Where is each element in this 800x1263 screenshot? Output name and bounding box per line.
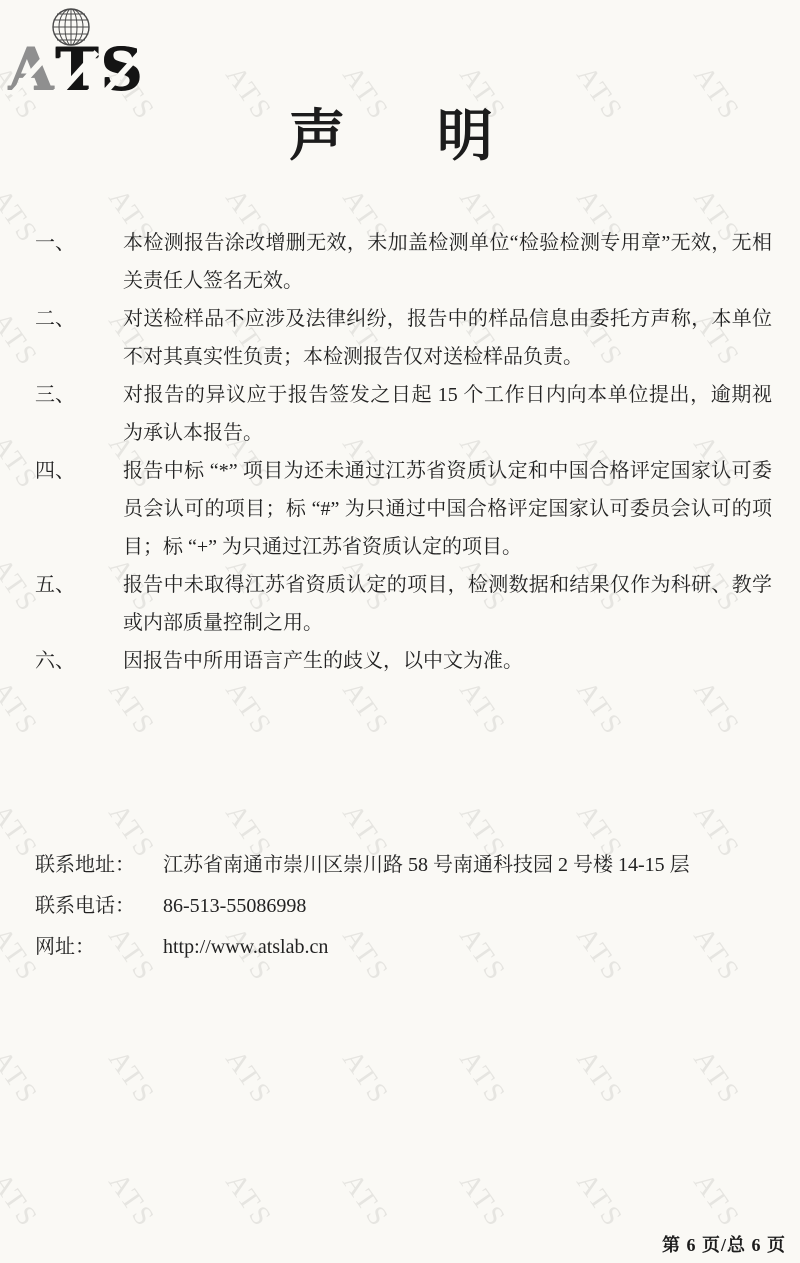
statement-item-4: 四、 报告中标 “*” 项目为还未通过江苏省资质认定和中国合格评定国家认可委员会… (35, 452, 772, 566)
contact-phone-row: 联系电话： 86-513-55086998 (35, 886, 755, 927)
statement-text: 报告中标 “*” 项目为还未通过江苏省资质认定和中国合格评定国家认可委员会认可的… (123, 452, 772, 566)
contact-phone-label: 联系电话： (35, 886, 163, 927)
contact-address-row: 联系地址： 江苏省南通市崇川区崇川路 58 号南通科技园 2 号楼 14-15 … (35, 845, 755, 886)
logo-letter-a: A (8, 40, 55, 98)
statement-item-2: 二、 对送检样品不应涉及法律纠纷，报告中的样品信息由委托方声称，本单位不对其真实… (35, 300, 772, 376)
statement-number: 二、 (35, 300, 123, 376)
statement-item-5: 五、 报告中未取得江苏省资质认定的项目，检测数据和结果仅作为科研、教学或内部质量… (35, 566, 772, 642)
logo-letter-t: T (55, 40, 100, 98)
statement-number: 三、 (35, 376, 123, 452)
contact-address-value: 江苏省南通市崇川区崇川路 58 号南通科技园 2 号楼 14-15 层 (163, 845, 755, 886)
contact-block: 联系地址： 江苏省南通市崇川区崇川路 58 号南通科技园 2 号楼 14-15 … (35, 845, 755, 968)
logo-text: ATS (8, 40, 144, 98)
statement-item-1: 一、 本检测报告涂改增删无效，未加盖检测单位“检验检测专用章”无效，无相关责任人… (35, 224, 772, 300)
ats-logo: ATS (8, 4, 158, 99)
statement-item-6: 六、 因报告中所用语言产生的歧义，以中文为准。 (35, 642, 772, 680)
contact-website-value: http://www.atslab.cn (163, 927, 755, 968)
contact-website-row: 网址： http://www.atslab.cn (35, 927, 755, 968)
statement-item-3: 三、 对报告的异议应于报告签发之日起 15 个工作日内向本单位提出，逾期视为承认… (35, 376, 772, 452)
document-content: ATS 声 明 一、 本检测报告涂改增删无效，未加盖检测单位“检验检测专用章”无… (0, 0, 800, 1263)
page-title: 声 明 (0, 92, 800, 172)
scanned-document-page: ATSATSATSATSATSATSATSATSATSATSATSATSATSA… (0, 0, 800, 1263)
statement-text: 本检测报告涂改增删无效，未加盖检测单位“检验检测专用章”无效，无相关责任人签名无… (123, 224, 772, 300)
page-number: 第 6 页/总 6 页 (662, 1231, 786, 1257)
statement-number: 六、 (35, 642, 123, 680)
statement-text: 因报告中所用语言产生的歧义，以中文为准。 (123, 642, 772, 680)
statement-text: 对报告的异议应于报告签发之日起 15 个工作日内向本单位提出，逾期视为承认本报告… (123, 376, 772, 452)
statement-number: 五、 (35, 566, 123, 642)
statement-number: 一、 (35, 224, 123, 300)
contact-website-label: 网址： (35, 927, 163, 968)
statement-text: 报告中未取得江苏省资质认定的项目，检测数据和结果仅作为科研、教学或内部质量控制之… (123, 566, 772, 642)
statements-list: 一、 本检测报告涂改增删无效，未加盖检测单位“检验检测专用章”无效，无相关责任人… (35, 224, 772, 680)
logo-letter-s: S (100, 40, 144, 98)
statement-number: 四、 (35, 452, 123, 566)
statement-text: 对送检样品不应涉及法律纠纷，报告中的样品信息由委托方声称，本单位不对其真实性负责… (123, 300, 772, 376)
contact-phone-value: 86-513-55086998 (163, 886, 755, 927)
contact-address-label: 联系地址： (35, 845, 163, 886)
